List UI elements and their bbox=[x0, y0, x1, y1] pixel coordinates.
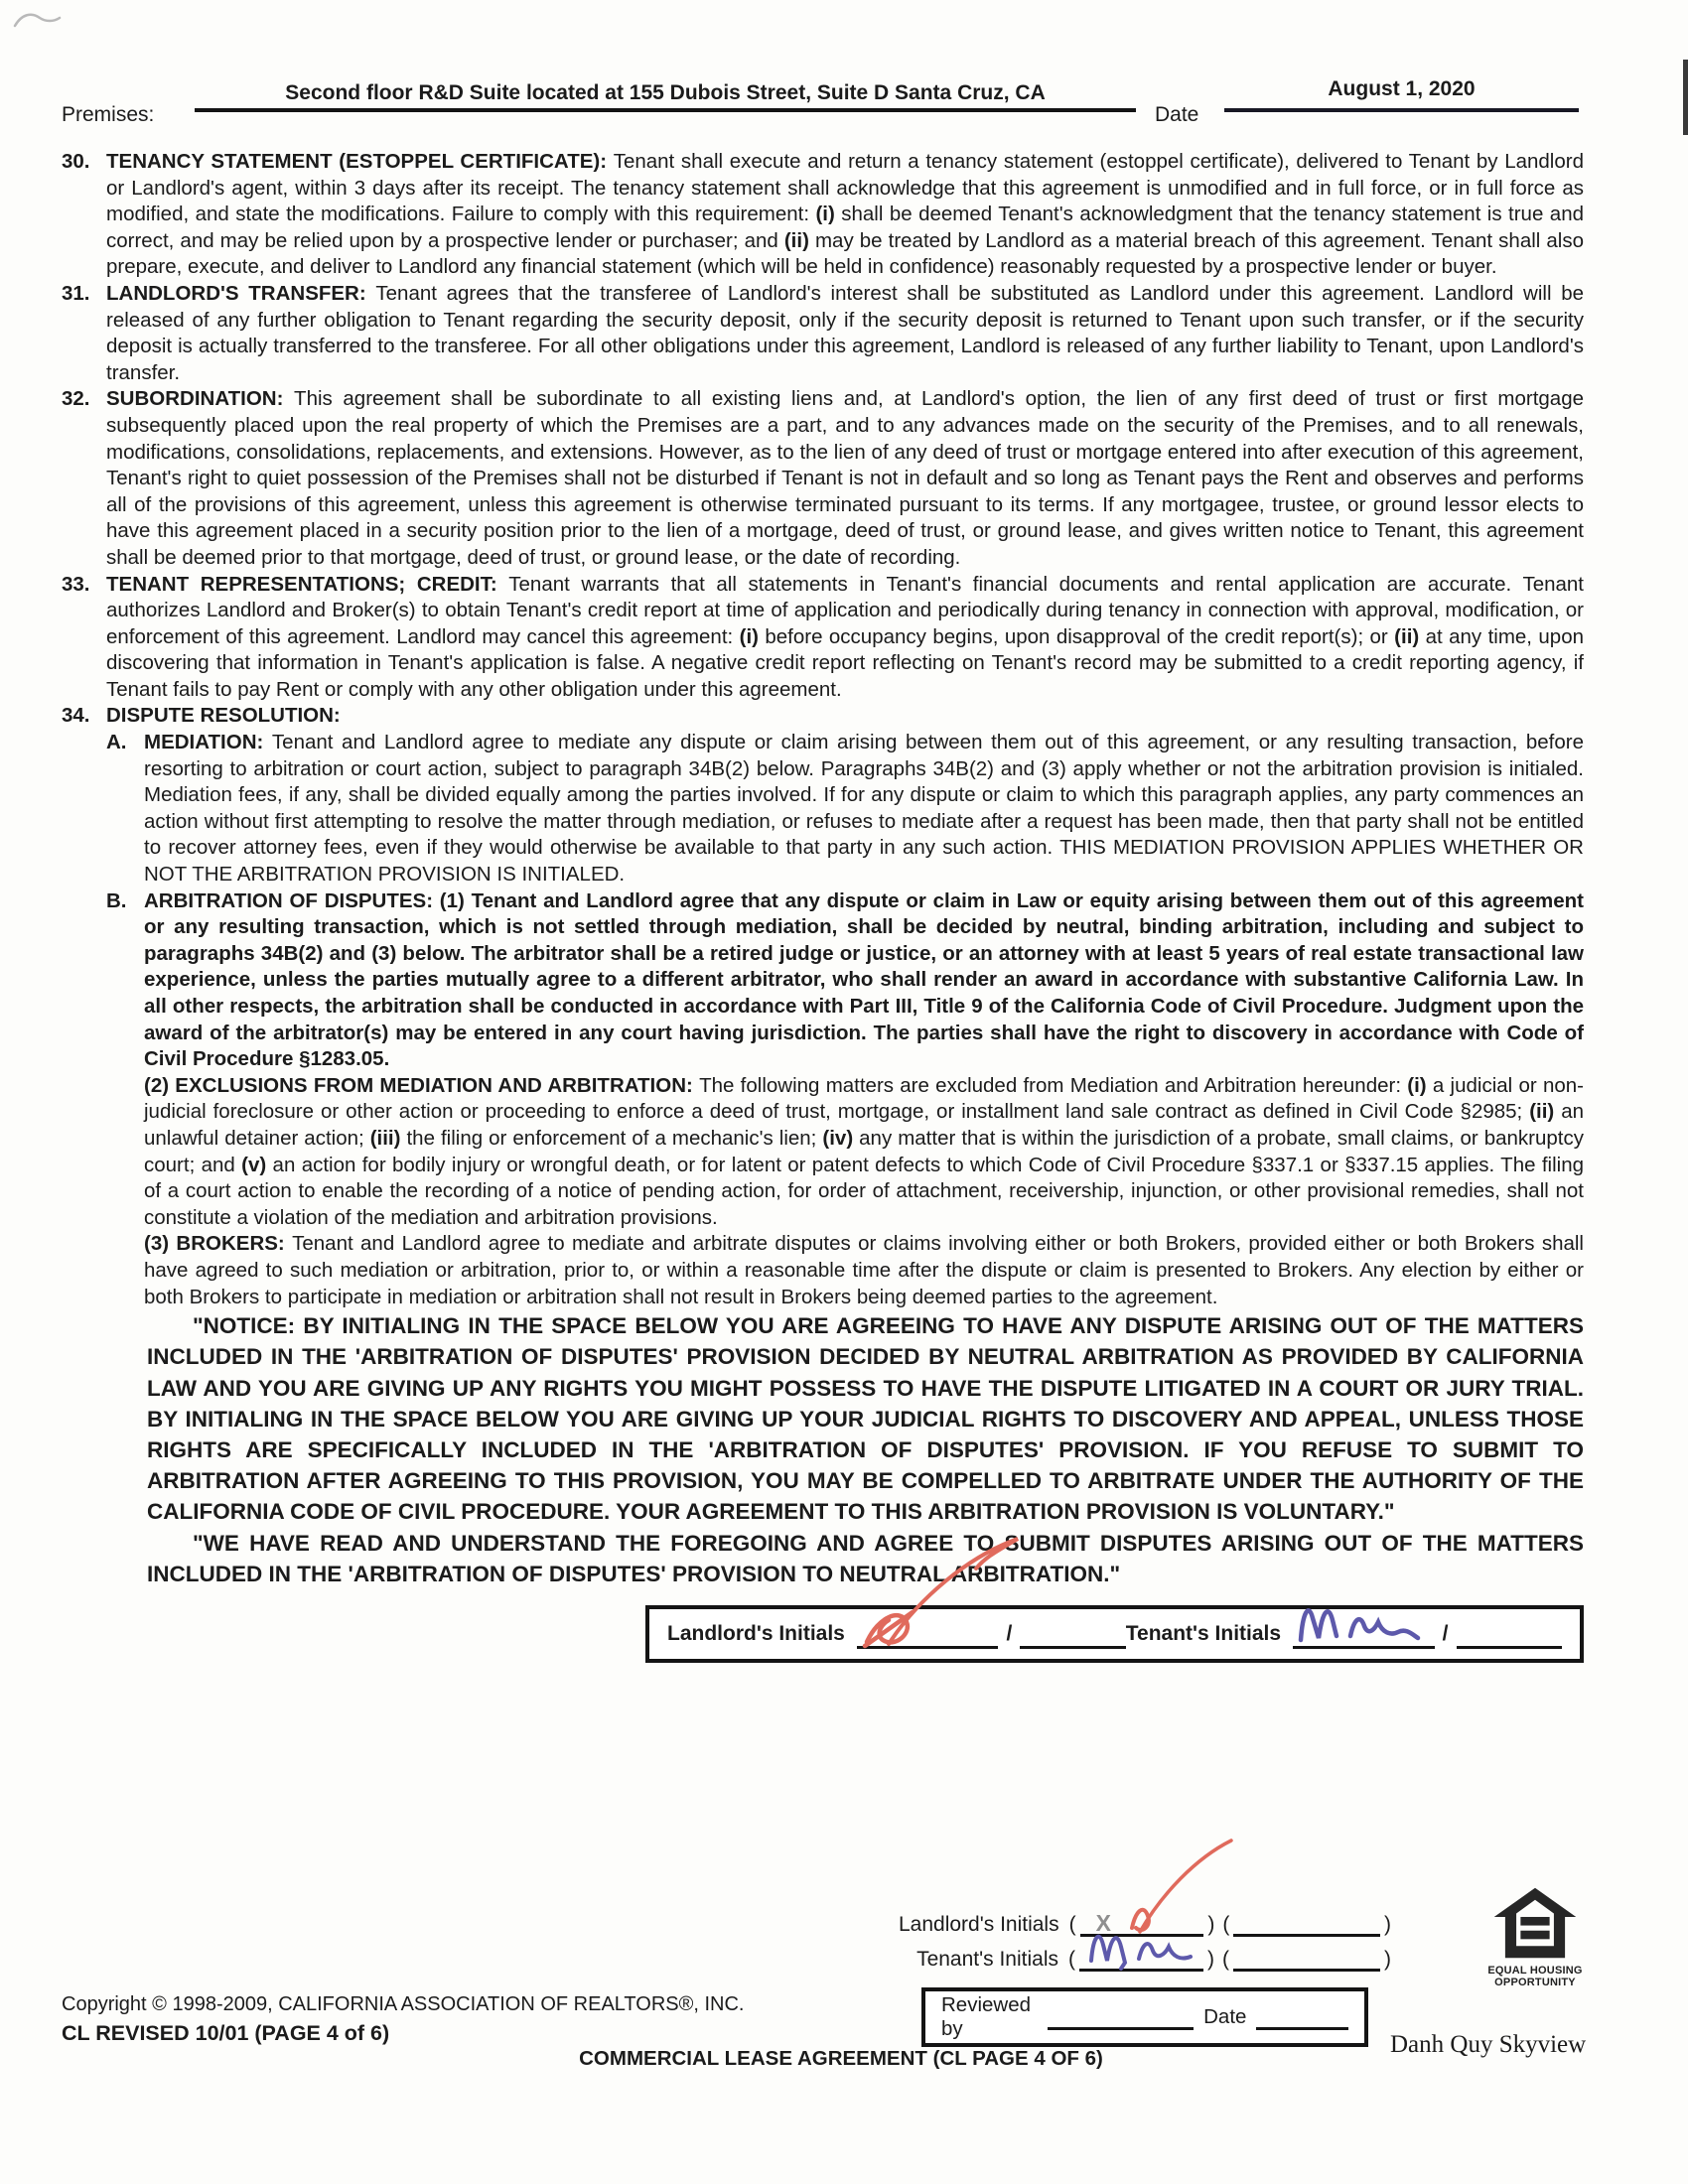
equal-housing-logo: EQUAL HOUSING OPPORTUNITY bbox=[1481, 1886, 1589, 1988]
paren: ) bbox=[1384, 1913, 1391, 1937]
date-value: August 1, 2020 bbox=[1328, 77, 1475, 100]
section-34-dispute-resolution: 34.DISPUTE RESOLUTION: bbox=[62, 703, 1584, 730]
section-number: B. bbox=[106, 888, 127, 915]
section-number: 33. bbox=[62, 572, 90, 599]
paren: ) bbox=[1207, 1948, 1214, 1972]
arbitration-notice: "NOTICE: BY INITIALING IN THE SPACE BELO… bbox=[147, 1310, 1584, 1527]
tenant-initials-field-1[interactable] bbox=[1293, 1618, 1435, 1649]
exclusions-clause: (2) EXCLUSIONS FROM MEDIATION AND ARBITR… bbox=[144, 1073, 1584, 1232]
premises-value: Second floor R&D Suite located at 155 Du… bbox=[285, 81, 1045, 104]
paren: ( bbox=[1068, 1948, 1075, 1972]
premises-label: Premises: bbox=[62, 103, 154, 127]
page-landlord-initials-field-1[interactable]: X bbox=[1080, 1906, 1204, 1937]
page-tenant-initials-label: Tenant's Initials bbox=[916, 1948, 1058, 1972]
page-initials-block: Landlord's Initials ( X ) ( ) Tenant's I… bbox=[899, 1902, 1395, 1972]
section-30-tenancy-statement: 30.TENANCY STATEMENT (ESTOPPEL CERTIFICA… bbox=[62, 149, 1584, 281]
paren: ) bbox=[1207, 1913, 1214, 1937]
tenant-initials-field-2[interactable] bbox=[1457, 1618, 1562, 1649]
tenant-initials-signature bbox=[1293, 1584, 1452, 1650]
reviewed-by-label: Reviewed by bbox=[941, 1993, 1038, 2041]
paren: ( bbox=[1069, 1913, 1076, 1937]
section-number: 34. bbox=[62, 703, 90, 730]
section-31-landlords-transfer: 31.LANDLORD'S TRANSFER: Tenant agrees th… bbox=[62, 281, 1584, 386]
reviewed-by-field[interactable] bbox=[1048, 2005, 1194, 2030]
copyright-text: Copyright © 1998-2009, CALIFORNIA ASSOCI… bbox=[62, 1993, 744, 2016]
date-field[interactable]: August 1, 2020 bbox=[1224, 77, 1579, 112]
arbitration-clause: B.ARBITRATION OF DISPUTES: (1) Tenant an… bbox=[106, 888, 1584, 1073]
scan-edge-mark bbox=[1683, 60, 1688, 135]
document-body: 30.TENANCY STATEMENT (ESTOPPEL CERTIFICA… bbox=[62, 149, 1584, 1663]
watermark-name: Danh Quy Skyview bbox=[1390, 2031, 1586, 2059]
landlord-initials-field-2[interactable] bbox=[1020, 1618, 1125, 1649]
landlord-x-mark: X bbox=[1096, 1910, 1111, 1937]
arbitration-initials-box: Landlord's Initials / Tenant's Initials … bbox=[645, 1605, 1584, 1663]
paren: ( bbox=[1222, 1948, 1229, 1972]
mediation-clause: A.MEDIATION: Tenant and Landlord agree t… bbox=[106, 730, 1584, 888]
section-number: A. bbox=[106, 730, 127, 756]
page-tenant-initials-field-2[interactable] bbox=[1233, 1941, 1380, 1972]
page-initials-landlord-row: Landlord's Initials ( X ) ( ) bbox=[899, 1902, 1395, 1937]
section-33-tenant-representations: 33.TENANT REPRESENTATIONS; CREDIT: Tenan… bbox=[62, 572, 1584, 704]
section-number: 32. bbox=[62, 386, 90, 413]
page-initials-tenant-row: Tenant's Initials ( ) ( ) bbox=[899, 1937, 1395, 1972]
scan-artifact bbox=[12, 8, 64, 34]
equal-housing-text-1: EQUAL HOUSING bbox=[1481, 1965, 1589, 1977]
form-revision: CL REVISED 10/01 (PAGE 4 of 6) bbox=[62, 2021, 389, 2046]
equal-housing-text-2: OPPORTUNITY bbox=[1481, 1977, 1589, 1988]
section-number: 30. bbox=[62, 149, 90, 176]
landlord-initials-field-1[interactable] bbox=[857, 1618, 999, 1649]
reviewed-date-label: Date bbox=[1203, 2005, 1246, 2029]
tenant-initials-label: Tenant's Initials bbox=[1126, 1622, 1281, 1646]
section-32-subordination: 32.SUBORDINATION: This agreement shall b… bbox=[62, 386, 1584, 571]
initials-slash-2: / bbox=[1443, 1622, 1449, 1646]
page-tenant-initials-field-1[interactable] bbox=[1079, 1941, 1203, 1972]
section-number: 31. bbox=[62, 281, 90, 308]
date-label: Date bbox=[1155, 103, 1198, 127]
premises-field[interactable]: Second floor R&D Suite located at 155 Du… bbox=[195, 81, 1136, 112]
landlord-initials-label: Landlord's Initials bbox=[667, 1622, 845, 1646]
paren: ( bbox=[1222, 1913, 1229, 1937]
page-landlord-initials-label: Landlord's Initials bbox=[899, 1913, 1059, 1937]
initials-slash: / bbox=[1006, 1622, 1012, 1646]
reviewed-date-field[interactable] bbox=[1256, 2005, 1348, 2030]
page-landlord-initials-field-2[interactable] bbox=[1233, 1906, 1380, 1937]
equal-housing-icon bbox=[1492, 1886, 1578, 1960]
reviewed-box: Reviewed by Date bbox=[921, 1987, 1368, 2047]
arbitration-acknowledgment: "WE HAVE READ AND UNDERSTAND THE FOREGOI… bbox=[147, 1528, 1584, 1589]
paren: ) bbox=[1384, 1948, 1391, 1972]
brokers-clause: (3) BROKERS: Tenant and Landlord agree t… bbox=[144, 1231, 1584, 1310]
document-page: Premises: Second floor R&D Suite located… bbox=[0, 0, 1688, 2184]
